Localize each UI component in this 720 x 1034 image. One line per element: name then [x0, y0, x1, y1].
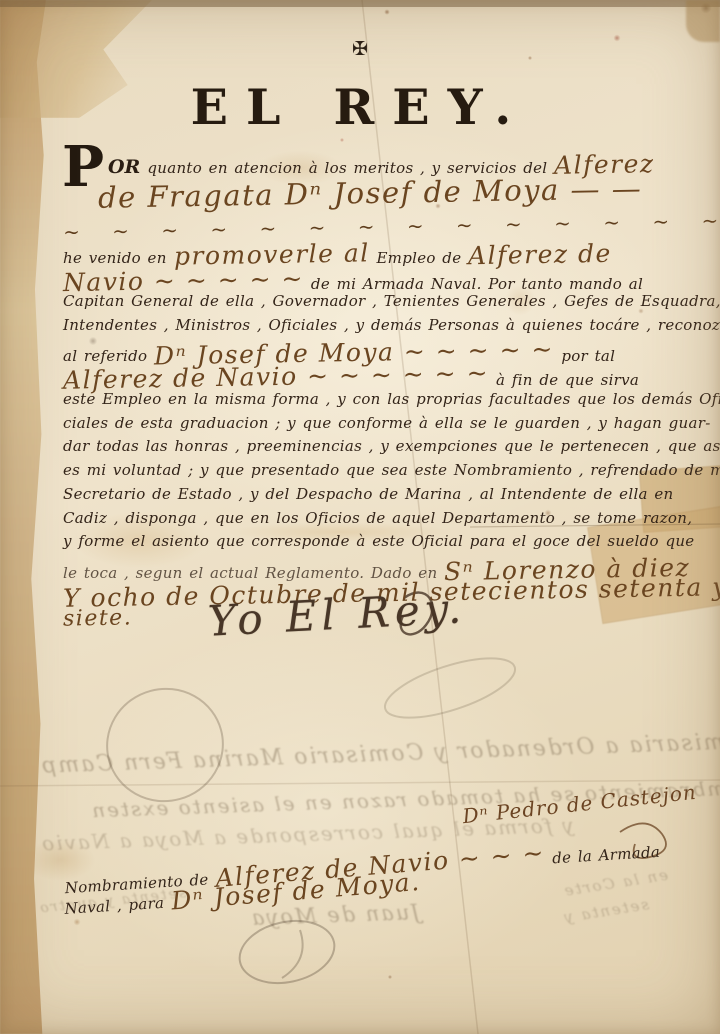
royal-title: EL REY. — [0, 78, 720, 136]
print-segment: Capitan General de ella , Governador , T… — [63, 292, 720, 310]
print-segment: Intendentes , Ministros , Oficiales , y … — [63, 316, 720, 334]
body-line-4: he venido en promoverle al Empleo de Alf… — [63, 240, 612, 269]
print-segment: Cadiz , disponga , que en los Oficios de… — [63, 509, 692, 527]
top-edge-shadow — [0, 0, 720, 7]
print-segment: Secretario de Estado , y del Despacho de… — [63, 485, 674, 503]
bleedthrough-line: setenta y — [561, 895, 650, 926]
body-line-15: Cadiz , disponga , que en los Oficios de… — [63, 509, 692, 527]
document-page: Dela Comisaria a Ordenador y Comisario M… — [0, 0, 720, 1034]
bottom-paraph-tail — [282, 930, 303, 978]
body-line-12: dar todas las honras , preeminencias , y… — [63, 437, 720, 455]
handwritten-name: de Fragata Dⁿ Josef de Moya — — — [98, 171, 643, 214]
print-segment: he venido en — [63, 249, 167, 267]
body-line-19: siete. — [63, 606, 132, 631]
body-line-6: Capitan General de ella , Governador , T… — [63, 292, 720, 310]
body-line-14: Secretario de Estado , y del Despacho de… — [63, 485, 674, 503]
body-line-13: es mi voluntad ; y que presentado que se… — [63, 461, 720, 479]
print-segment: OR — [108, 156, 140, 178]
print-segment: de mi Armada Naval. Por tanto mando al — [311, 275, 643, 293]
left-edge-backing — [0, 0, 46, 1034]
body-line-3: ~ ~ ~ ~ ~ ~ ~ ~ ~ ~ ~ ~ ~ ~ ~ ~ ~ ~ ~ — [63, 212, 720, 236]
print-segment: dar todas las honras , preeminencias , y… — [63, 437, 720, 455]
body-line-16: y forme el asiento que corresponde à est… — [63, 532, 694, 550]
print-segment: Empleo de — [376, 249, 461, 267]
maltese-cross-icon: ✠ — [0, 38, 720, 60]
body-line-10: este Empleo en la misma forma , y con la… — [63, 390, 720, 408]
print-segment: ciales de esta graduacion ; y que confor… — [63, 414, 711, 432]
body-line-7: Intendentes , Ministros , Oficiales , y … — [63, 316, 720, 334]
bleedthrough-line: en la Corte — [561, 866, 669, 900]
print-segment: de la Armada — [552, 843, 661, 868]
body-line-11: ciales de esta graduacion ; y que confor… — [63, 414, 711, 432]
print-segment: y forme el asiento que corresponde à est… — [63, 532, 694, 550]
print-segment: Naval , para — [64, 894, 165, 918]
body-line-2: de Fragata Dⁿ Josef de Moya — — — [98, 176, 642, 210]
bleedthrough-swirl — [379, 646, 522, 730]
print-segment: à fin de que sirva — [496, 371, 639, 389]
print-segment: es mi voluntad ; y que presentado que se… — [63, 461, 720, 479]
top-right-stain — [686, 0, 720, 42]
print-segment: este Empleo en la misma forma , y con la… — [63, 390, 720, 408]
handwritten-date: siete. — [63, 605, 133, 631]
body-line-9: Alferez de Navio ~ ~ ~ ~ ~ ~ à fin de qu… — [63, 362, 639, 391]
bleedthrough-line: Dela Comisaria a Ordenador y Comisario M… — [40, 726, 720, 778]
body-line-5: Navio ~ ~ ~ ~ ~ de mi Armada Naval. Por … — [63, 266, 643, 295]
